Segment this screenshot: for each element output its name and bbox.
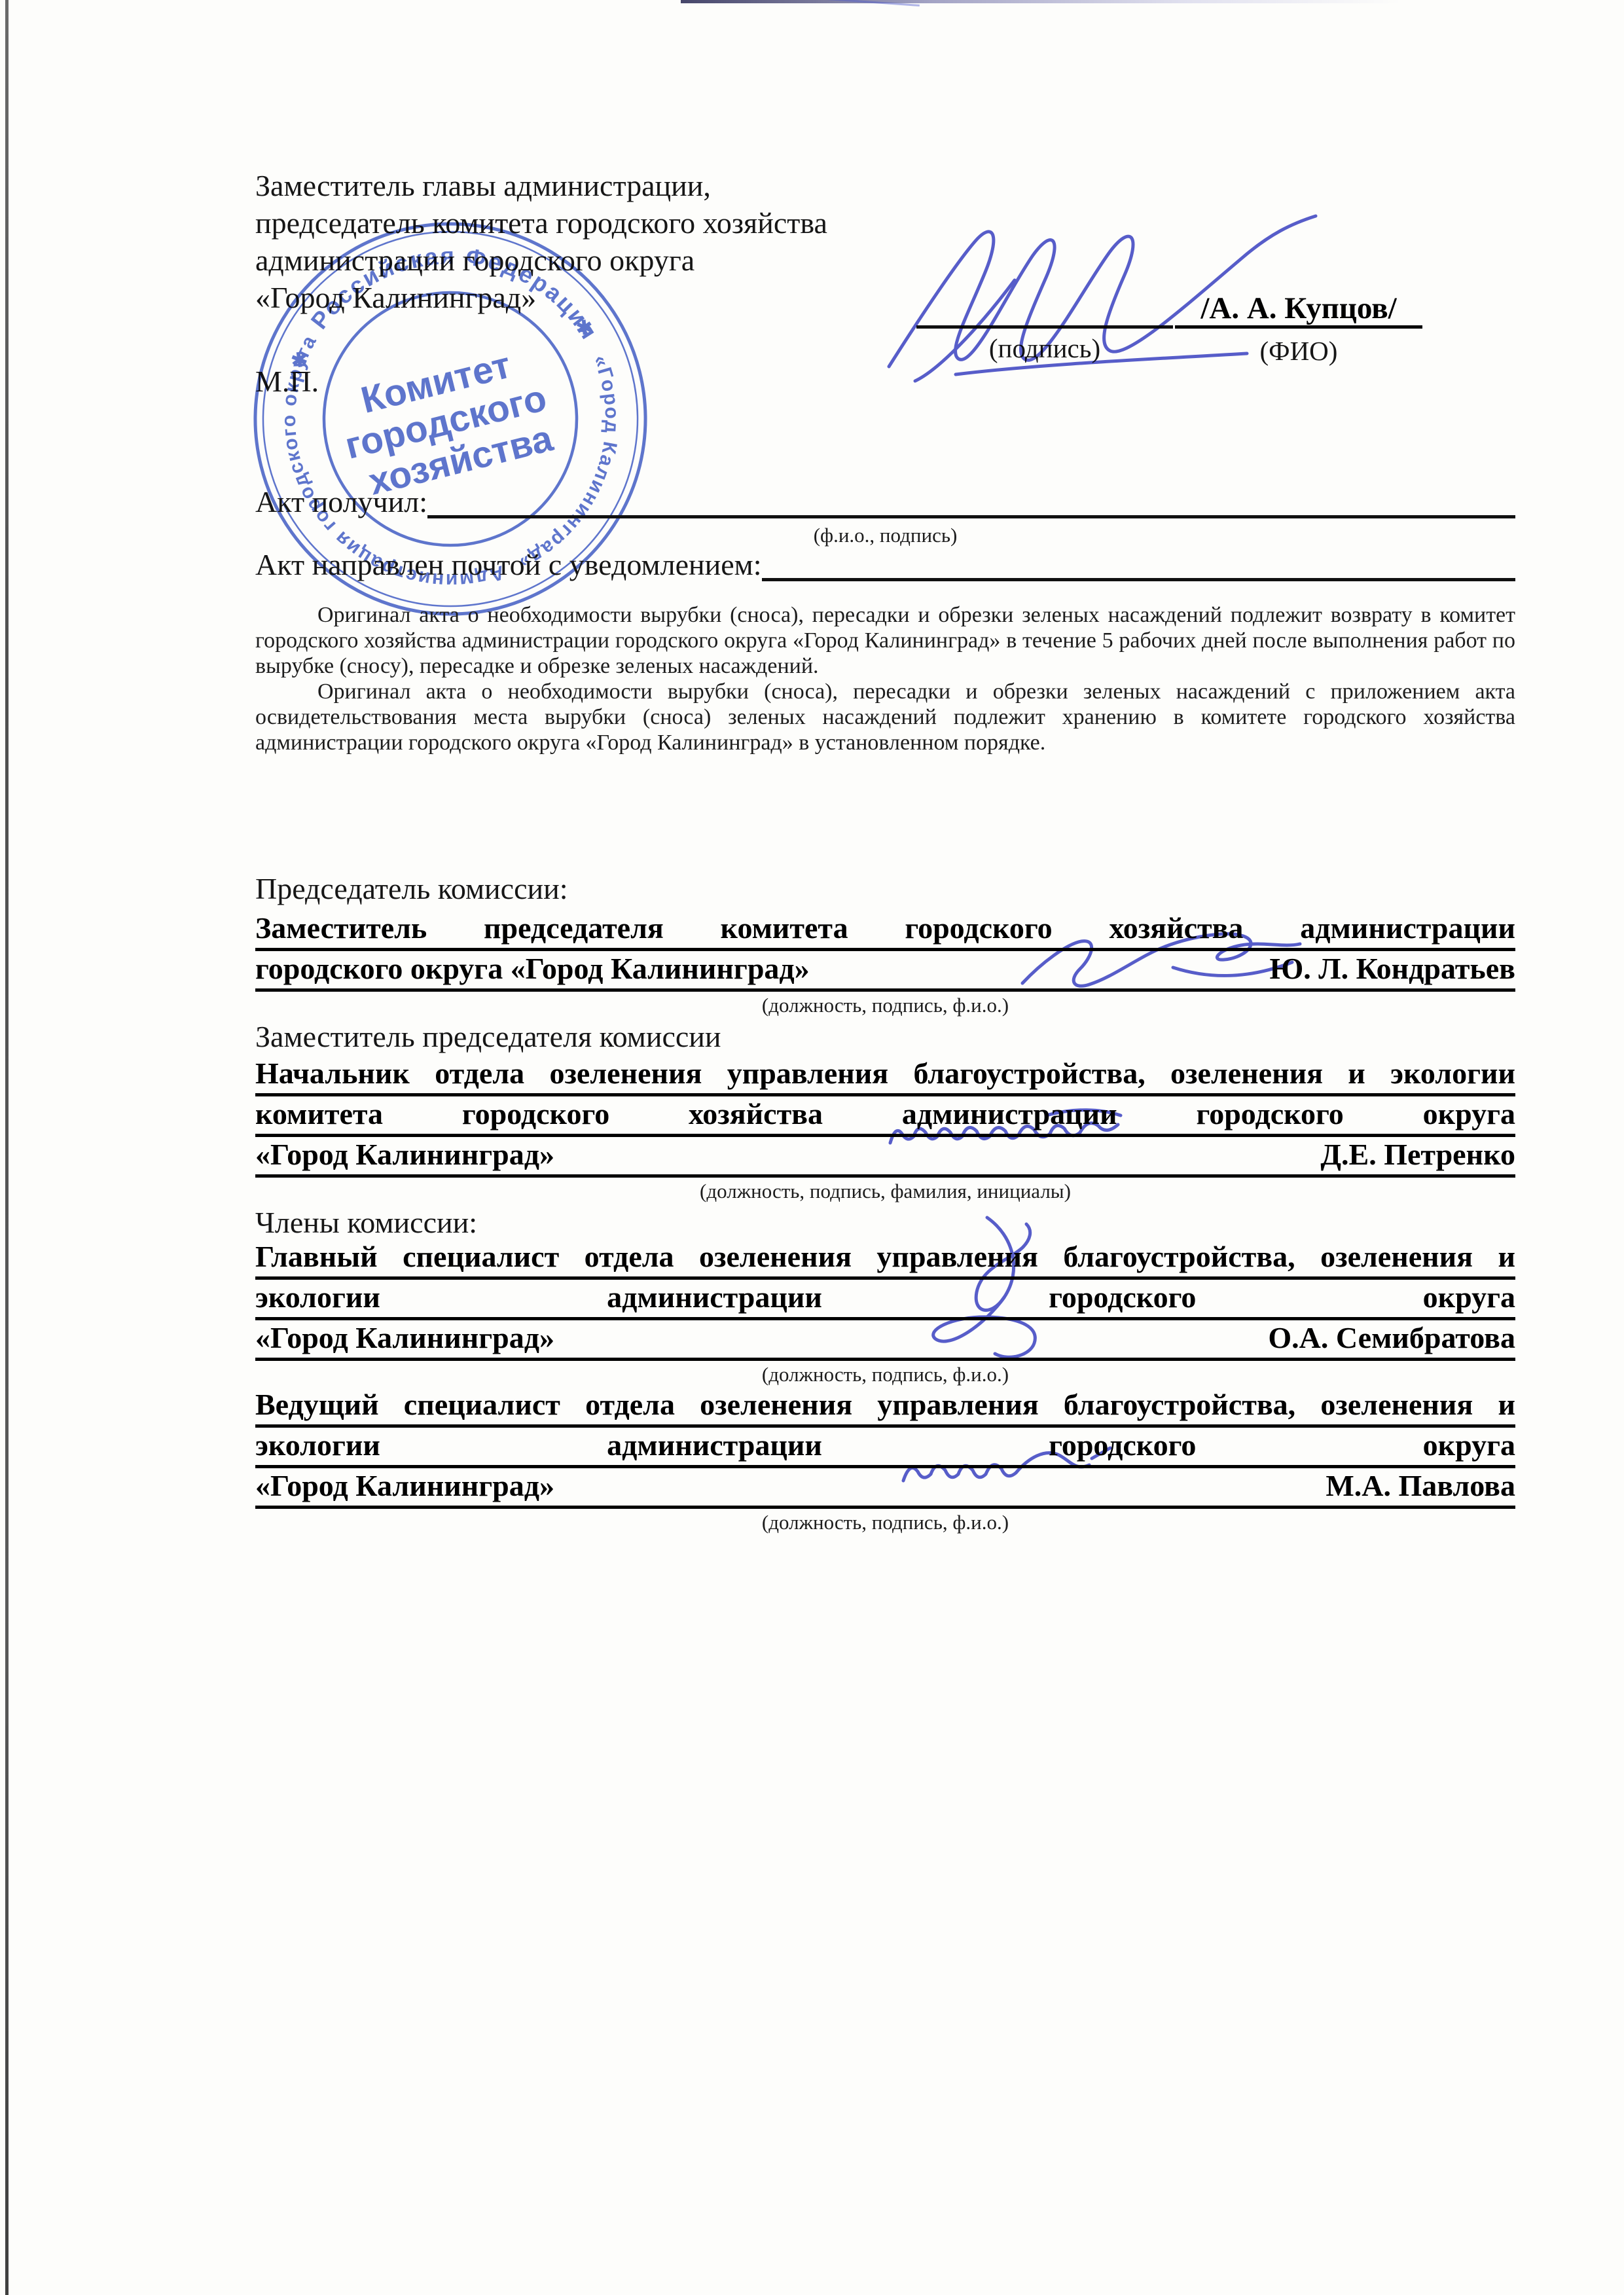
member1-title-line2: экологии администрации городского округа <box>255 1280 1515 1320</box>
act-mailed-row: Акт направлен почтой с уведомлением: <box>255 549 1515 581</box>
deputy-title-line1: Начальник отдела озеленения управления б… <box>255 1057 1515 1096</box>
member2-caption: (должность, подпись, ф.и.о.) <box>255 1511 1515 1534</box>
act-received-row: Акт получил: <box>255 486 1515 518</box>
members-section-label: Члены комиссии: <box>255 1204 477 1241</box>
member2-signature-row: «Город Калининград» М.А. Павлова <box>255 1469 1515 1509</box>
notes-paragraph: Оригинал акта о необходимости вырубки (с… <box>255 602 1515 679</box>
member1-caption: (должность, подпись, ф.и.о.) <box>255 1363 1515 1386</box>
signature-kuptsov-ink <box>877 202 1348 391</box>
member1-signature-row: «Город Калининград» О.А. Семибратова <box>255 1321 1515 1361</box>
deputy-caption: (должность, подпись, фамилия, инициалы) <box>255 1180 1515 1203</box>
chairman-title-line1: Заместитель председателя комитета городс… <box>255 911 1515 951</box>
signature-kondratyev-ink <box>1015 920 1309 1005</box>
signature-semibratova-ink <box>910 1212 1062 1375</box>
chairman-title-line2: городского округа «Город Калининград» <box>255 952 810 986</box>
notes-paragraph: Оригинал акта о необходимости вырубки (с… <box>255 679 1515 755</box>
signature-pavlova-ink <box>897 1439 1119 1503</box>
member1-title-line3: «Город Калининград» <box>255 1321 554 1355</box>
official-title-line: Заместитель главы администрации, <box>255 167 1515 204</box>
chairman-caption: (должность, подпись, ф.и.о.) <box>255 994 1515 1017</box>
act-received-blank-line <box>427 486 1515 518</box>
stamp-center-text: Комитет городского хозяйства <box>331 335 571 507</box>
act-received-caption: (ф.и.о., подпись) <box>255 524 1515 547</box>
act-received-label: Акт получил: <box>255 486 427 518</box>
scan-edge-artifact <box>5 0 9 2295</box>
member1-title-line1: Главный специалист отдела озеленения упр… <box>255 1240 1515 1280</box>
member2-title-line1: Ведущий специалист отдела озеленения упр… <box>255 1388 1515 1428</box>
scan-top-smudge <box>681 0 1401 3</box>
act-mailed-blank-line <box>762 549 1515 581</box>
member2-title-line2: экологии администрации городского округа <box>255 1428 1515 1468</box>
member2-title-line3: «Город Калининград» <box>255 1469 554 1503</box>
act-mailed-label: Акт направлен почтой с уведомлением: <box>255 549 762 581</box>
signature-petrenko-ink <box>884 1105 1126 1163</box>
deputy-section-label: Заместитель председателя комиссии <box>255 1019 721 1055</box>
member2-name: М.А. Павлова <box>1326 1469 1515 1503</box>
chairman-section-label: Председатель комиссии: <box>255 871 568 907</box>
notes-block: Оригинал акта о необходимости вырубки (с… <box>255 602 1515 755</box>
deputy-name: Д.Е. Петренко <box>1320 1138 1515 1172</box>
member1-name: О.А. Семибратова <box>1268 1321 1515 1355</box>
deputy-title-line3: «Город Калининград» <box>255 1138 554 1172</box>
scanned-document-page: Заместитель главы администрации, председ… <box>0 0 1624 2295</box>
chairman-signature-row: городского округа «Город Калининград» Ю.… <box>255 952 1515 992</box>
